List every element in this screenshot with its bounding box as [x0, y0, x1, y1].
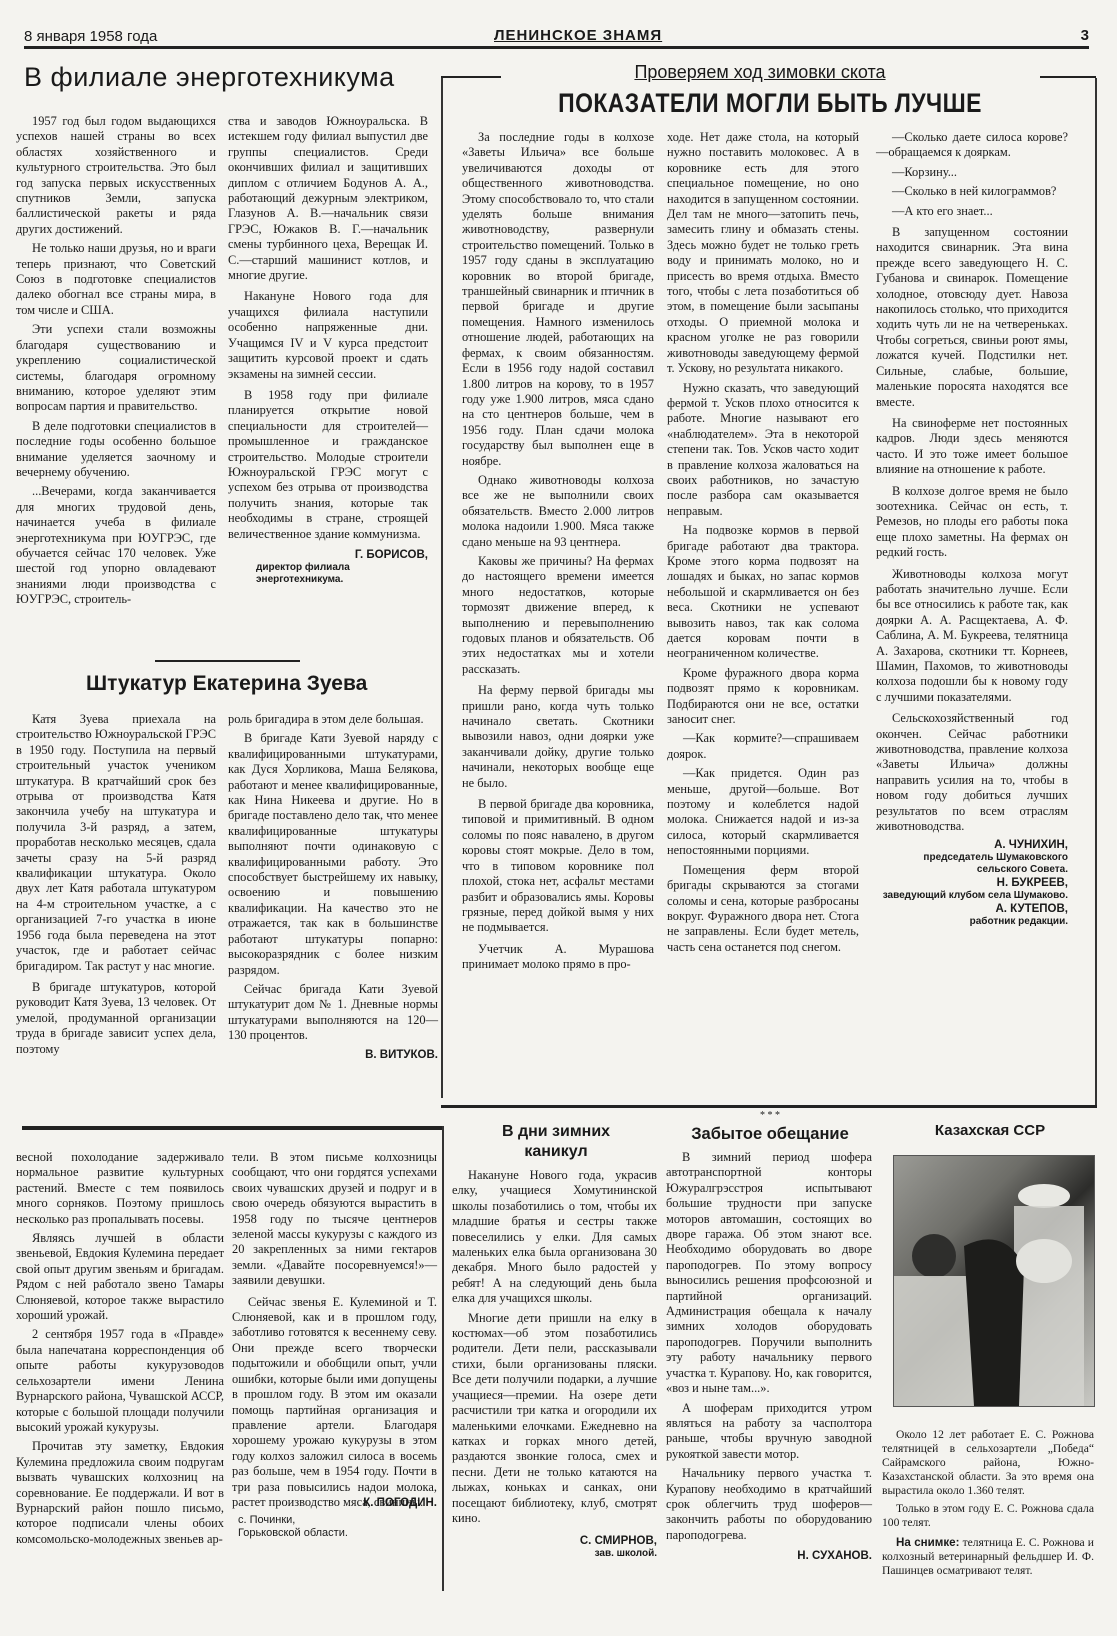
- paragraph: Сейчас звенья Е. Кулеминой и Т. Слюняево…: [232, 1295, 437, 1511]
- paragraph: Эти успехи стали возможны благодаря суще…: [16, 322, 216, 414]
- paragraph: В запущенном состоянии находится свинарн…: [876, 225, 1068, 410]
- paragraph: На свиноферме нет постоянных кадров. Люд…: [876, 416, 1068, 478]
- article1-title: В филиале энерготехникума: [24, 62, 395, 93]
- title-line: В дни зимних: [452, 1122, 660, 1142]
- signature-role: председатель Шумаковского сельского Сове…: [876, 852, 1068, 876]
- paragraph: Помещения ферм второй бригады скрываются…: [667, 863, 859, 955]
- photo-calves-examination: [893, 1155, 1095, 1407]
- paragraph: Многие дети пришли на елку в костюмах—об…: [452, 1311, 657, 1527]
- newspaper-title: ЛЕНИНСКОЕ ЗНАМЯ: [494, 27, 662, 44]
- article2-column-2: роль бригадира в этом деле большая. В бр…: [228, 712, 438, 1062]
- article4-column-1: весной похолодание задерживало нормально…: [16, 1150, 224, 1551]
- box-bottom-rule: [441, 1105, 1097, 1108]
- box-top-right-rule: [1040, 76, 1096, 78]
- article1-signature-role: директор филиала энерготехникума.: [228, 562, 428, 586]
- article7-title: Казахская ССР: [880, 1122, 1100, 1139]
- article7-caption: Около 12 лет работает Е. С. Рожнова теля…: [882, 1428, 1094, 1582]
- paragraph: В 1958 году при филиале планируется откр…: [228, 388, 428, 542]
- paragraph: В бригаде штукатуров, которой руководит …: [16, 980, 216, 1057]
- section-divider: [22, 1126, 442, 1130]
- article5-signature: С. СМИРНОВ,: [452, 1534, 657, 1548]
- paragraph: —Сколько в ней килограммов?: [876, 184, 1068, 199]
- article4-column-2: тели. В этом письме колхозницы сообщают,…: [232, 1150, 437, 1540]
- masthead: 8 января 1958 года ЛЕНИНСКОЕ ЗНАМЯ 3: [24, 26, 1089, 49]
- box-top-left-rule: [441, 76, 501, 78]
- title-line: каникул: [452, 1142, 660, 1162]
- dateline-line: Горьковской области.: [238, 1527, 437, 1540]
- article3-title: ПОКАЗАТЕЛИ МОГЛИ БЫТЬ ЛУЧШЕ: [507, 88, 1034, 119]
- signature-name: А. КУТЕПОВ,: [876, 902, 1068, 916]
- paragraph: 2 сентября 1957 года в «Правде» была нап…: [16, 1327, 224, 1435]
- article5-title: В дни зимних каникул: [452, 1122, 660, 1162]
- paragraph: Прочитав эту заметку, Евдокия Кулемина п…: [16, 1439, 224, 1547]
- paragraph: В колхозе долгое время не было зоотехник…: [876, 484, 1068, 561]
- paragraph: Сельскохозяйственный год окончен. Сейчас…: [876, 711, 1068, 834]
- paragraph: Не только наши друзья, но и враги теперь…: [16, 241, 216, 318]
- photo-label: На снимке:: [896, 1536, 959, 1549]
- article1-column-1: 1957 год был годом выдающихся успехов на…: [16, 114, 216, 612]
- paragraph: В первой бригаде два коровника, типовой …: [462, 797, 654, 936]
- photo-figures-icon: [894, 1156, 1094, 1406]
- paragraph: Кроме фуражного двора корма подвозят пря…: [667, 666, 859, 728]
- paragraph: На подвозке кормов в первой бригаде рабо…: [667, 523, 859, 662]
- paragraph: А шоферам приходится утром являться на р…: [666, 1401, 872, 1463]
- paragraph: —Как придется. Один раз меньше, другой—б…: [667, 766, 859, 858]
- article2-title: Штукатур Екатерина Зуева: [86, 672, 367, 696]
- paragraph: Учетчик А. Мурашова принимает молоко пря…: [462, 942, 654, 973]
- paragraph: Каковы же причины? На фермах до настояще…: [462, 554, 654, 677]
- article5-signature-role: зав. школой.: [452, 1548, 657, 1560]
- signature-role: работник редакции.: [876, 916, 1068, 928]
- paragraph: 1957 год был годом выдающихся успехов на…: [16, 114, 216, 237]
- article2-signature: В. ВИТУКОВ.: [228, 1048, 438, 1062]
- paragraph: В зимний период шофера автотранспортной …: [666, 1150, 872, 1397]
- divider: [155, 660, 300, 662]
- paragraph: роль бригадира в этом деле большая.: [228, 712, 438, 727]
- page-number: 3: [1081, 27, 1089, 44]
- caption-paragraph: Только в этом году Е. С. Рожнова сдала 1…: [882, 1502, 1094, 1530]
- paragraph: Однако животноводы колхоза все же не вып…: [462, 473, 654, 550]
- article5-body: Накануне Нового года, украсив елку, учащ…: [452, 1168, 657, 1560]
- paragraph: ...Вечерами, когда заканчивается для мно…: [16, 484, 216, 607]
- paragraph: За последние годы в колхозе «Заветы Ильи…: [462, 130, 654, 469]
- article3-signatures: А. ЧУНИХИН, председатель Шумаковского се…: [876, 838, 1068, 928]
- paragraph: ходе. Нет даже стола, на который нужно п…: [667, 130, 859, 377]
- article3-column-1: За последние годы в колхозе «Заветы Ильи…: [462, 130, 654, 977]
- column-rule: [442, 1126, 444, 1591]
- article3-column-2: ходе. Нет даже стола, на который нужно п…: [667, 130, 859, 959]
- paragraph: В бригаде Кати Зуевой наряду с квалифици…: [228, 731, 438, 978]
- paragraph: весной похолодание задерживало нормально…: [16, 1150, 224, 1227]
- paragraph: Сейчас бригада Кати Зуевой штукатурит до…: [228, 982, 438, 1044]
- paragraph: Накануне Нового года, украсив елку, учащ…: [452, 1168, 657, 1307]
- issue-date: 8 января 1958 года: [24, 28, 157, 45]
- article4-dateline: с. Починки, Горьковской области.: [232, 1514, 437, 1540]
- article6-title: Забытое обещание: [665, 1124, 875, 1144]
- article2-column-1: Катя Зуева приехала на строительство Южн…: [16, 712, 216, 1061]
- dateline-line: с. Починки,: [238, 1514, 437, 1527]
- paragraph: Нужно сказать, что заведующий фермой т. …: [667, 381, 859, 520]
- ornament-icon: * * *: [665, 1110, 875, 1121]
- box-left-border: [441, 78, 444, 1098]
- paragraph: В деле подготовки специалистов в последн…: [16, 419, 216, 481]
- paragraph: Начальнику первого участка т. Курапову н…: [666, 1466, 872, 1543]
- paragraph: тели. В этом письме колхозницы сообщают,…: [232, 1150, 437, 1289]
- signature-role: заведующий клубом села Шумаково.: [876, 890, 1068, 902]
- article6-body: В зимний период шофера автотранспортной …: [666, 1150, 872, 1563]
- paragraph: —Как кормите?—спрашиваем доярок.: [667, 731, 859, 762]
- paragraph: На ферму первой бригады мы пришли рано, …: [462, 683, 654, 791]
- article3-column-3: —Сколько даете силоса корове?—обращаемся…: [876, 130, 1068, 928]
- caption-paragraph: Около 12 лет работает Е. С. Рожнова теля…: [882, 1428, 1094, 1498]
- paragraph: Накануне Нового года для учащихся филиал…: [228, 289, 428, 381]
- paragraph: Являясь лучшей в области звеньевой, Евдо…: [16, 1231, 224, 1323]
- article6-signature: Н. СУХАНОВ.: [666, 1549, 872, 1563]
- article3-rubric: Проверяем ход зимовки скота: [560, 62, 960, 83]
- box-right-border: [1095, 78, 1098, 1108]
- paragraph: —Сколько даете силоса корове?—обращаемся…: [876, 130, 1068, 161]
- article1-signature: Г. БОРИСОВ,: [228, 548, 428, 562]
- paragraph: —А кто его знает...: [876, 204, 1068, 219]
- signature-name: Н. БУКРЕЕВ,: [876, 876, 1068, 890]
- paragraph: ства и заводов Южноуральска. В истекшем …: [228, 114, 428, 283]
- article1-column-2: ства и заводов Южноуральска. В истекшем …: [228, 114, 428, 586]
- paragraph: Катя Зуева приехала на строительство Южн…: [16, 712, 216, 974]
- signature-name: А. ЧУНИХИН,: [876, 838, 1068, 852]
- paragraph: —Корзину...: [876, 165, 1068, 180]
- paragraph: Животноводы колхоза могут работать значи…: [876, 567, 1068, 706]
